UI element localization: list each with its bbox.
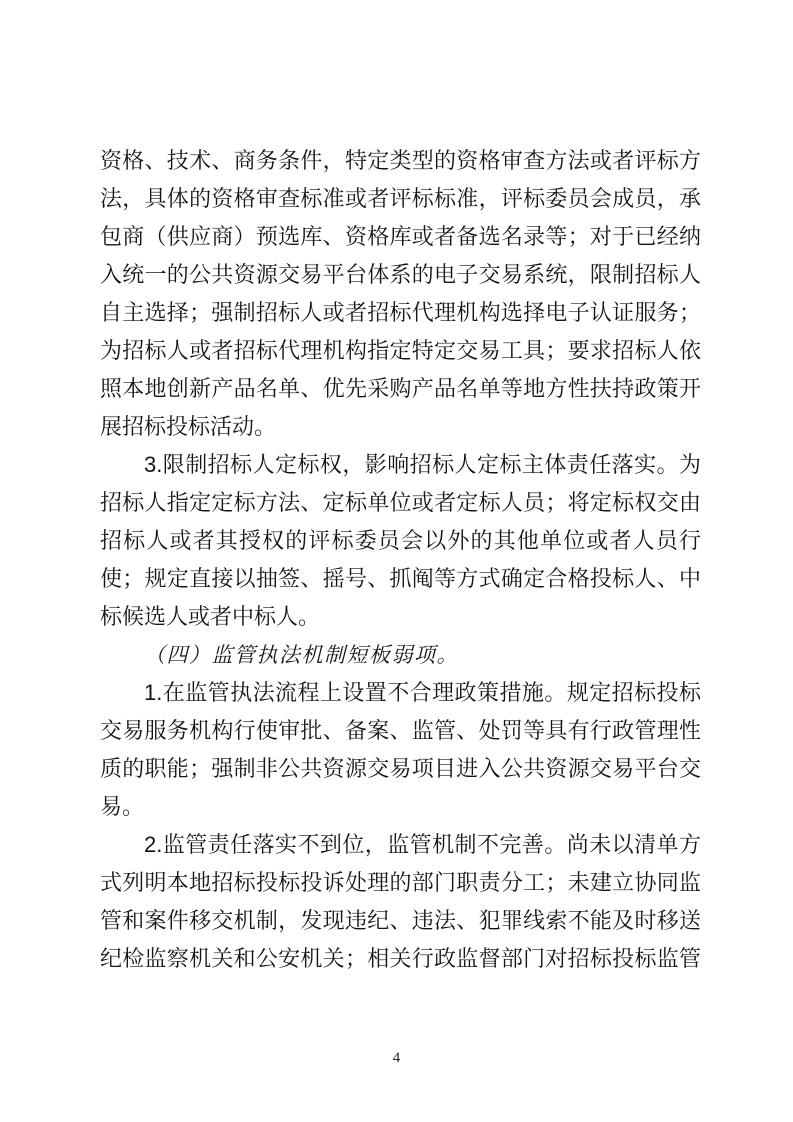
text-line: 2.监管责任落实不到位，监管机制不完善。尚未以清单方 — [100, 826, 701, 864]
paragraph-continued: 资格、技术、商务条件，特定类型的资格审查方法或者评标方 法，具体的资格审查标准或… — [100, 142, 701, 446]
text-line: 招标人指定定标方法、定标单位或者定标人员；将定标权交由 — [100, 484, 701, 522]
text-line: 包商（供应商）预选库、资格库或者备选名录等；对于已经纳 — [100, 218, 701, 256]
text-line: 质的职能；强制非公共资源交易项目进入公共资源交易平台交 — [100, 750, 701, 788]
text-line: 为招标人或者招标代理机构指定特定交易工具；要求招标人依 — [100, 332, 701, 370]
section-heading: （四）监管执法机制短板弱项。 — [100, 636, 701, 674]
text-line: 入统一的公共资源交易平台体系的电子交易系统，限制招标人 — [100, 256, 701, 294]
text-line: 使；规定直接以抽签、摇号、抓阄等方式确定合格投标人、中 — [100, 560, 701, 598]
text-line: 展招标投标活动。 — [100, 408, 701, 446]
text-line: 易。 — [100, 788, 701, 826]
text-line: 法，具体的资格审查标准或者评标标准，评标委员会成员，承 — [100, 180, 701, 218]
text-line: 管和案件移交机制，发现违纪、违法、犯罪线索不能及时移送 — [100, 902, 701, 940]
text-line: 纪检监察机关和公安机关；相关行政监督部门对招标投标监管 — [100, 940, 701, 978]
text-line: 交易服务机构行使审批、备案、监管、处罚等具有行政管理性 — [100, 712, 701, 750]
text-line: 1.在监管执法流程上设置不合理政策措施。规定招标投标 — [100, 674, 701, 712]
document-text-block: 资格、技术、商务条件，特定类型的资格审查方法或者评标方 法，具体的资格审查标准或… — [100, 142, 701, 978]
text-line: 资格、技术、商务条件，特定类型的资格审查方法或者评标方 — [100, 142, 701, 180]
text-line: 自主选择；强制招标人或者招标代理机构选择电子认证服务； — [100, 294, 701, 332]
document-page: 资格、技术、商务条件，特定类型的资格审查方法或者评标方 法，具体的资格审查标准或… — [0, 0, 793, 1122]
text-line: 式列明本地招标投标投诉处理的部门职责分工；未建立协同监 — [100, 864, 701, 902]
paragraph-item-1: 1.在监管执法流程上设置不合理政策措施。规定招标投标 交易服务机构行使审批、备案… — [100, 674, 701, 826]
text-line: 3.限制招标人定标权，影响招标人定标主体责任落实。为 — [100, 446, 701, 484]
text-line: 招标人或者其授权的评标委员会以外的其他单位或者人员行 — [100, 522, 701, 560]
paragraph-item-2: 2.监管责任落实不到位，监管机制不完善。尚未以清单方 式列明本地招标投标投诉处理… — [100, 826, 701, 978]
text-line: 标候选人或者中标人。 — [100, 598, 701, 636]
paragraph-item-3: 3.限制招标人定标权，影响招标人定标主体责任落实。为 招标人指定定标方法、定标单… — [100, 446, 701, 636]
text-line: 照本地创新产品名单、优先采购产品名单等地方性扶持政策开 — [100, 370, 701, 408]
page-number: 4 — [0, 1046, 793, 1070]
